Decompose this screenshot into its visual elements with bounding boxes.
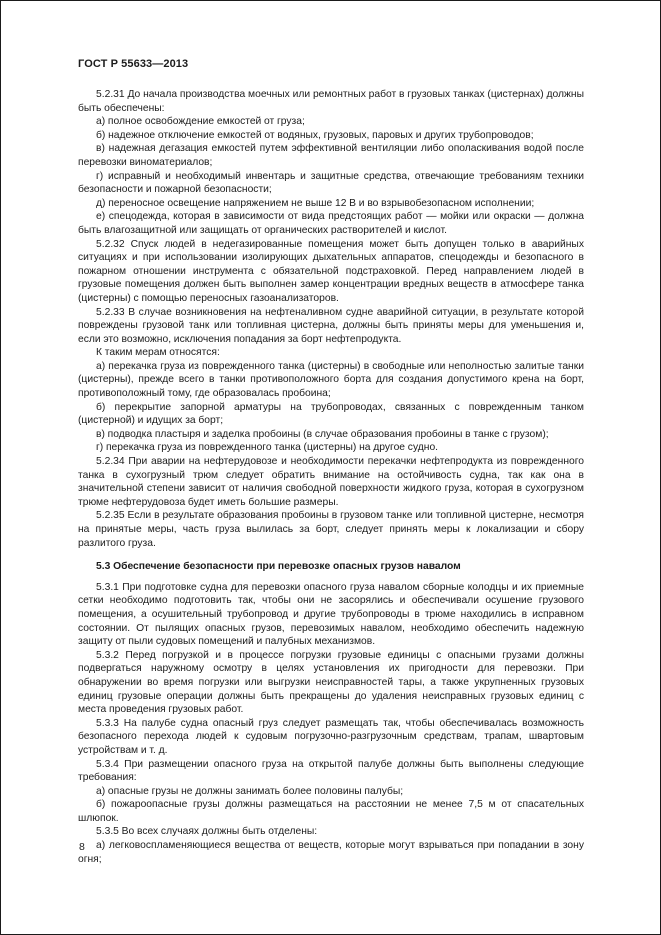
clause-5-2-31-item-v: в) надежная дегазация емкостей путем эфф… [78, 142, 584, 169]
clause-5-3-3: 5.3.3 На палубе судна опасный груз следу… [78, 717, 584, 758]
page-number: 8 [79, 841, 85, 854]
page-body: ГОСТ Р 55633—2013 5.2.31 До начала произ… [1, 1, 660, 866]
clause-5-2-33-item-v: в) подводка пластыря и заделка пробоины … [78, 428, 584, 442]
clause-5-2-31-item-g: г) исправный и необходимый инвентарь и з… [78, 170, 584, 197]
clause-5-2-31-item-a: а) полное освобождение емкостей от груза… [78, 115, 584, 129]
clause-5-3-4: 5.3.4 При размещении опасного груза на о… [78, 758, 584, 785]
document-page: { "page": { "running_header": "ГОСТ Р 55… [0, 0, 661, 935]
clause-5-3-4-item-b: б) пожароопасные грузы должны размещатьс… [78, 798, 584, 825]
clause-5-3-2: 5.3.2 Перед погрузкой и в процессе погру… [78, 649, 584, 717]
section-5-3-heading: 5.3 Обеспечение безопасности при перевоз… [78, 560, 584, 574]
clause-5-2-33-item-b: б) перекрытие запорной арматуры на трубо… [78, 401, 584, 428]
clause-5-2-33-measures-intro: К таким мерам относятся: [78, 346, 584, 360]
clause-5-2-31-item-b: б) надежное отключение емкостей от водян… [78, 129, 584, 143]
clause-5-3-5-item-a: а) легковоспламеняющиеся вещества от вещ… [78, 839, 584, 866]
clause-5-2-31-item-d: д) переносное освещение напряжением не в… [78, 197, 584, 211]
clause-5-2-33: 5.2.33 В случае возникновения на нефтена… [78, 306, 584, 347]
clause-5-2-33-item-g: г) перекачка груза из поврежденного танк… [78, 441, 584, 455]
clause-5-2-31: 5.2.31 До начала производства моечных ил… [78, 88, 584, 115]
clause-5-2-31-item-e: е) спецодежда, которая в зависимости от … [78, 210, 584, 237]
clause-5-3-1: 5.3.1 При подготовке судна для перевозки… [78, 581, 584, 649]
running-header: ГОСТ Р 55633—2013 [78, 57, 584, 71]
clause-5-2-32: 5.2.32 Спуск людей в недегазированные по… [78, 238, 584, 306]
clause-5-2-34: 5.2.34 При аварии на нефтерудовозе и нео… [78, 455, 584, 509]
clause-5-3-4-item-a: а) опасные грузы не должны занимать боле… [78, 785, 584, 799]
clause-5-3-5: 5.3.5 Во всех случаях должны быть отделе… [78, 825, 584, 839]
clause-5-2-35: 5.2.35 Если в результате образования про… [78, 509, 584, 550]
clause-5-2-33-item-a: а) перекачка груза из поврежденного танк… [78, 360, 584, 401]
document-content: 5.2.31 До начала производства моечных ил… [78, 88, 584, 866]
